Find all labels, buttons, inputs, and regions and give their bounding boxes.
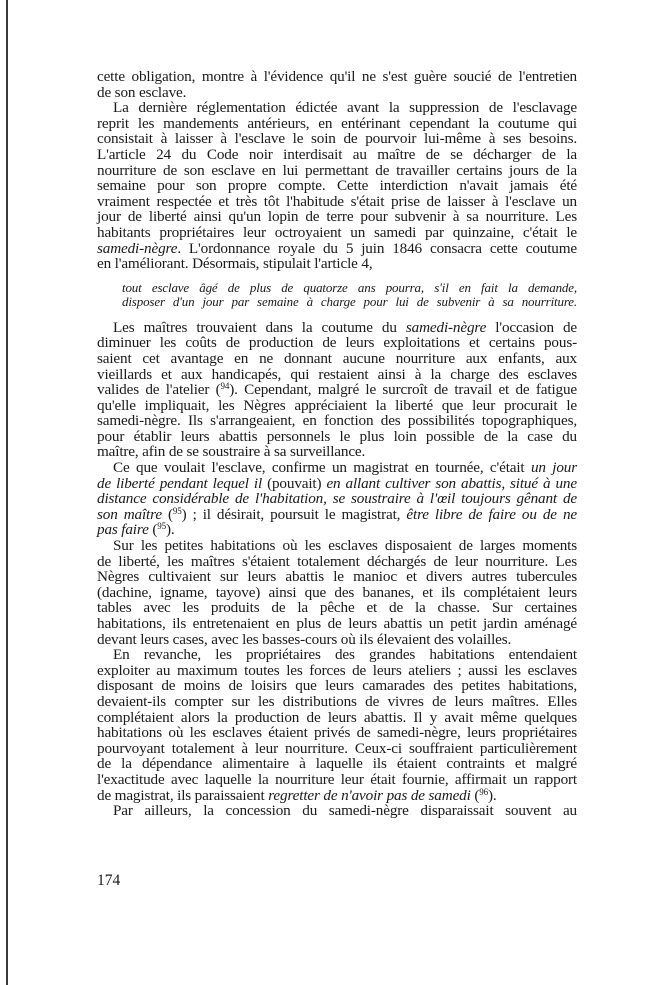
text-line: L'article 24 du Code noir interdisait au… — [97, 147, 577, 163]
text-line: samedi-nègre. Ils s'arrangeaient, en fon… — [97, 413, 577, 429]
text-line: jour de liberté ainsi qu'un lopin de ter… — [97, 209, 577, 225]
text-line: semaine pour son propre compte. Cette in… — [97, 178, 577, 194]
text-line: en l'améliorant. Désormais, stipulait l'… — [97, 256, 577, 272]
paragraph: Sur les petites habitations où les escla… — [97, 538, 577, 647]
text-line: devaient-ils compter sur les distributio… — [97, 694, 577, 710]
text-line: habitants propriétaires leur octroyaient… — [97, 225, 577, 241]
paragraph: Par ailleurs, la concession du samedi-nè… — [97, 803, 577, 819]
paragraph: Ce que voulait l'esclave, confirme un ma… — [97, 460, 577, 538]
text-line: disposant de moins de loisirs que leurs … — [97, 678, 577, 694]
text-line: devant leurs cases, avec les basses-cour… — [97, 632, 577, 648]
book-page-text: cette obligation, montre à l'évidence qu… — [97, 69, 577, 819]
text-line: habitations, ils entretenaient en plus d… — [97, 616, 577, 632]
text-line: de la dépendance alimentaire à laquelle … — [97, 756, 577, 772]
text-line: pourvoyant totalement à leur nourriture.… — [97, 741, 577, 757]
text-line: (dachine, igname, tayove) ainsi que des … — [97, 585, 577, 601]
text-line: La dernière réglementation édictée avant… — [97, 100, 577, 116]
text-line: Nègres cultivaient sur leurs abattis le … — [97, 569, 577, 585]
footnote-ref[interactable]: 96 — [479, 787, 488, 797]
text-line: exploiter au maximum toutes les forces d… — [97, 663, 577, 679]
italic-term: samedi-nègre — [406, 319, 486, 336]
text-line: En revanche, les propriétaires des grand… — [97, 647, 577, 663]
text-line: saient cet avantage en ne donnant aucune… — [97, 351, 577, 367]
page-number: 174 — [97, 872, 120, 890]
text-line: l'exactitude avec laquelle la nourriture… — [97, 772, 577, 788]
text-line: de magistrat, ils paraissaient regretter… — [97, 788, 577, 804]
text-line: samedi-nègre. L'ordonnance royale du 5 j… — [97, 241, 577, 257]
text-line: Sur les petites habitations où les escla… — [97, 538, 577, 554]
text-line: son maître (95) ; il désirait, poursuit … — [97, 507, 577, 523]
quote-line: disposer d'un jour par semaine à charge … — [122, 295, 577, 310]
block-quote: tout esclave âgé de plus de quatorze ans… — [122, 281, 577, 310]
text-line: complétaient alors la production de leur… — [97, 710, 577, 726]
text-line: vraiment respectée et très tôt l'habitud… — [97, 194, 577, 210]
text-line: maître, afin de se soustraire à sa surve… — [97, 444, 577, 460]
text-line: diminuer les coûts de production de leur… — [97, 335, 577, 351]
text-line: Les maîtres trouvaient dans la coutume d… — [97, 320, 577, 336]
paragraph: cette obligation, montre à l'évidence qu… — [97, 69, 577, 100]
paragraph: La dernière réglementation édictée avant… — [97, 100, 577, 272]
text-line: consistait à laisser à l'esclave le soin… — [97, 131, 577, 147]
footnote-ref[interactable]: 95 — [157, 521, 166, 531]
text-line: reprit les mandements antérieurs, en ent… — [97, 116, 577, 132]
text-line: tables avec les produits de la pêche et … — [97, 600, 577, 616]
text-line: valides de l'atelier (94). Cependant, ma… — [97, 382, 577, 398]
quote-line: tout esclave âgé de plus de quatorze ans… — [122, 281, 577, 296]
paragraph: Les maîtres trouvaient dans la coutume d… — [97, 320, 577, 460]
text-line: de son esclave. — [97, 85, 577, 101]
footnote-ref[interactable]: 94 — [221, 381, 230, 391]
text-line: qu'elle impliquait, les Nègres appréciai… — [97, 398, 577, 414]
text-line: vieillards et aux handicapés, qui restai… — [97, 367, 577, 383]
scan-left-edge-rule — [6, 0, 8, 985]
paragraph: En revanche, les propriétaires des grand… — [97, 647, 577, 803]
text-line: Ce que voulait l'esclave, confirme un ma… — [97, 460, 577, 476]
text-line: pour établir leurs abattis personnels le… — [97, 429, 577, 445]
text-line: distance considérable de l'habitation, s… — [97, 491, 577, 507]
text-line: de liberté pendant lequel il (pouvait) e… — [97, 476, 577, 492]
text-line: habitations où les esclaves étaient priv… — [97, 725, 577, 741]
footnote-ref[interactable]: 95 — [173, 506, 182, 516]
italic-term: samedi-nègre — [97, 240, 177, 257]
text-line: nourriture de son esclave en lui permett… — [97, 163, 577, 179]
text-line: de liberté, les maîtres s'étaient totale… — [97, 554, 577, 570]
text-line: cette obligation, montre à l'évidence qu… — [97, 69, 577, 85]
text-line: pas faire (95). — [97, 522, 577, 538]
text-line: Par ailleurs, la concession du samedi-nè… — [97, 803, 577, 819]
